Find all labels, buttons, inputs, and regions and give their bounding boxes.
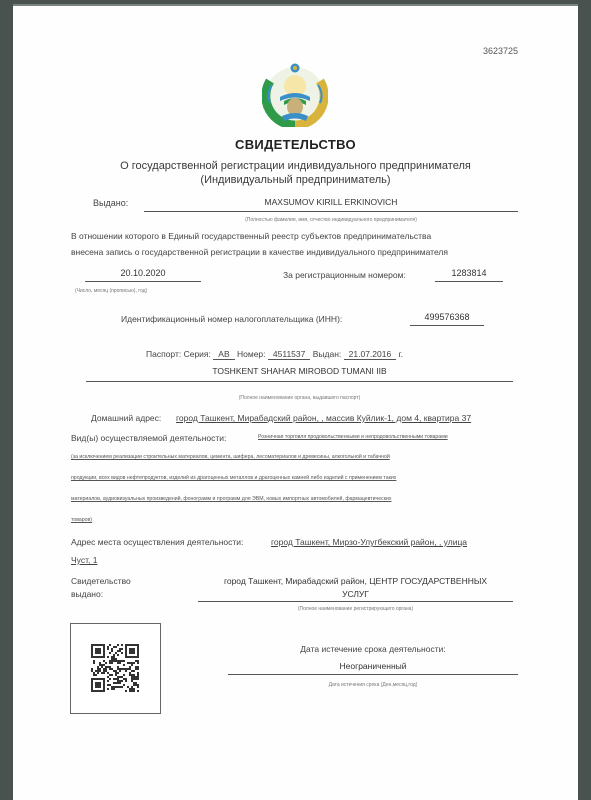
issued-by-label-2: выдано: <box>71 588 131 601</box>
passport-line: Паспорт: Серия: AB Номер: 4511537 Выдан:… <box>146 349 403 359</box>
issued-by-value-2: УСЛУГ <box>198 588 513 601</box>
issued-by-hint: (Полное наименование регистрирующего орг… <box>198 606 513 612</box>
passport-series-label: Серия: <box>184 349 211 359</box>
passport-authority-hint: (Полное наименование органа, выдавшего п… <box>86 395 513 401</box>
activity-line-3: продукции, всех видов нефтепродуктов, из… <box>71 468 518 490</box>
home-address-label: Домашний адрес: <box>91 413 161 423</box>
passport-series: AB <box>213 349 234 360</box>
business-address-value-2: Чуст, 1 <box>71 555 97 565</box>
registration-date: 20.10.2020 <box>85 268 201 282</box>
issued-to-value: MAXSUMOV KIRILL ERKINOVICH <box>144 197 518 212</box>
activities-label: Вид(ы) осуществляемой деятельности: <box>71 433 226 443</box>
reg-number-label: За регистрационным номером: <box>283 270 406 280</box>
inn-label: Идентификационный номер налогоплательщик… <box>121 314 342 324</box>
document-number: 3623725 <box>483 46 518 56</box>
passport-number: 4511537 <box>268 349 310 360</box>
activity-line-5: товаров) <box>71 510 131 532</box>
issued-to-label: Выдано: <box>93 198 128 208</box>
activity-line-4: материалов, аудиовизуальных произведений… <box>71 489 518 511</box>
expiry-value: Неограниченный <box>228 661 518 675</box>
registry-line-1: В отношении которого в Единый государств… <box>71 229 431 244</box>
issued-by-value-1: город Ташкент, Мирабадский район, ЦЕНТР … <box>198 575 513 588</box>
business-address-value-1: город Ташкент, Мирзо-Улугбекский район, … <box>271 537 467 547</box>
activity-line-2: (за исключением реализации строительных … <box>71 447 518 469</box>
uzbekistan-state-emblem-icon <box>262 61 328 127</box>
passport-year-suffix: г. <box>399 349 403 359</box>
inn-value: 499576368 <box>410 312 484 326</box>
passport-issued-date: 21.07.2016 <box>344 349 397 360</box>
reg-number-value: 1283814 <box>435 268 503 282</box>
activity-line-1: Розничная торговля продовольственными и … <box>258 427 518 449</box>
business-address-label: Адрес места осуществления деятельности: <box>71 537 243 547</box>
issued-by-label-1: Свидетельство <box>71 575 131 588</box>
certificate-title: СВИДЕТЕЛЬСТВО <box>13 137 578 152</box>
issued-by-label: Свидетельство выдано: <box>71 575 131 601</box>
passport-authority: TOSHKENT SHAHAR MIROBOD TUMANI IIB <box>86 366 513 382</box>
registry-line-2: внесена запись о государственной регистр… <box>71 245 448 260</box>
issued-to-hint: (Полностью фамилия, имя, отчество индиви… <box>144 217 518 223</box>
passport-number-label: Номер: <box>237 349 266 359</box>
qr-code-icon <box>91 644 139 692</box>
subtitle-line-1: О государственной регистрации индивидуал… <box>13 159 578 173</box>
qr-code-frame <box>70 623 161 714</box>
registration-date-hint: (Число, месяц (прописью), год) <box>75 288 195 294</box>
expiry-hint: Дата истечения срока (Ден,месяц,год) <box>228 682 518 688</box>
passport-label: Паспорт: <box>146 349 181 359</box>
expiry-label: Дата истечение срока деятельности: <box>228 644 518 654</box>
certificate-page: 3623725 СВИДЕТЕЛЬСТВО О государственной … <box>13 4 578 800</box>
issued-by-value: город Ташкент, Мирабадский район, ЦЕНТР … <box>198 575 513 602</box>
passport-issued-label: Выдан: <box>313 349 342 359</box>
subtitle-line-2: (Индивидуальный предприниматель) <box>13 173 578 187</box>
home-address-value: город Ташкент, Мирабадский район, , масс… <box>176 413 471 423</box>
certificate-subtitle: О государственной регистрации индивидуал… <box>13 159 578 187</box>
